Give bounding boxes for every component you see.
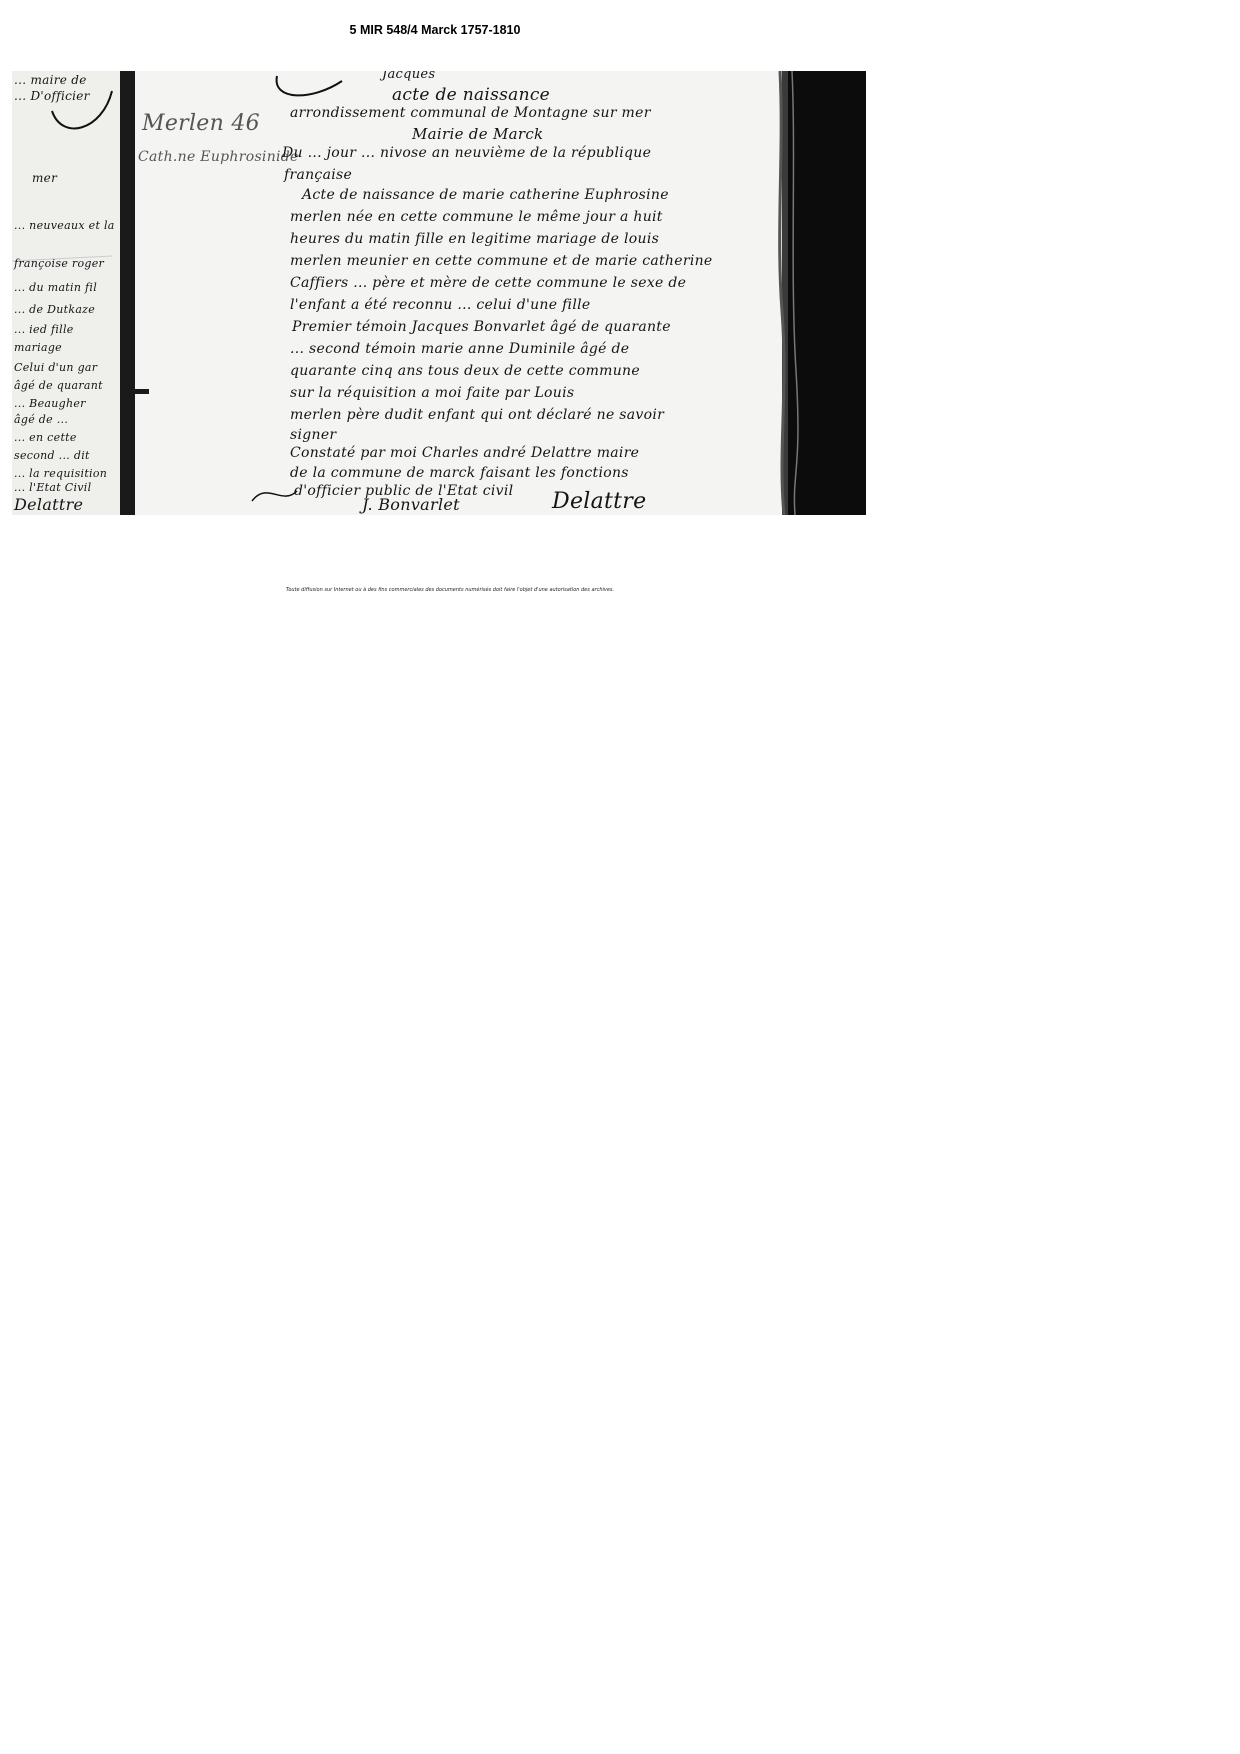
right-line: merlen père dudit enfant qui ont déclaré… [290, 407, 664, 423]
right-line: Jacques [382, 71, 435, 82]
left-line: ... en cette [14, 431, 77, 444]
left-line: ... maire de [14, 73, 87, 87]
left-line: âgé de ... [14, 413, 68, 426]
left-line: ... l'Etat Civil [14, 481, 91, 494]
right-line: Premier témoin Jacques Bonvarlet âgé de … [292, 319, 671, 335]
margin-note-firstname: Cath.ne Euphrosinide [138, 149, 299, 165]
right-line: Constaté par moi Charles andré Delattre … [290, 445, 639, 461]
left-line: ... du matin fil [14, 281, 97, 294]
left-line: ... ied fille [14, 323, 74, 336]
left-line: ... D'officier [14, 89, 90, 103]
left-line: mer [32, 171, 57, 185]
right-line: Caffiers ... père et mère de cette commu… [290, 275, 686, 291]
left-line: second ... dit [14, 449, 90, 462]
right-line: signer [290, 427, 336, 443]
right-line: heures du matin fille en legitime mariag… [290, 231, 659, 247]
document-title: 5 MIR 548/4 Marck 1757-1810 [0, 23, 870, 37]
right-line: de la commune de marck faisant les fonct… [290, 465, 629, 481]
right-line: acte de naissance [392, 85, 550, 105]
right-line: Acte de naissance de marie catherine Eup… [302, 187, 669, 203]
right-line: française [284, 167, 352, 183]
right-line: Du ... jour ... nivose an neuvième de la… [282, 145, 651, 161]
left-signature: Delattre [14, 495, 83, 514]
right-line: arrondissement communal de Montagne sur … [290, 105, 651, 121]
left-line: ... Beaugher [14, 397, 86, 410]
left-line: mariage [14, 341, 62, 354]
signature-delattre: Delattre [552, 489, 646, 514]
right-line: sur la réquisition a moi faite par Louis [290, 385, 574, 401]
left-line: ... la requisition [14, 467, 107, 480]
left-line: Celui d'un gar [14, 361, 97, 374]
right-line: l'enfant a été reconnu ... celui d'une f… [290, 297, 590, 313]
right-line: merlen née en cette commune le même jour… [290, 209, 663, 225]
left-line: ... de Dutkaze [14, 303, 95, 316]
right-line: ... second témoin marie anne Duminile âg… [290, 341, 629, 357]
left-line: âgé de quarant [14, 379, 103, 392]
left-line: françoise roger [14, 257, 104, 270]
signature-bonvarlet: J. Bonvarlet [362, 495, 460, 514]
right-line: quarante cinq ans tous deux de cette com… [290, 363, 640, 379]
right-line: merlen meunier en cette commune et de ma… [290, 253, 713, 269]
margin-note-name: Merlen 46 [142, 111, 260, 136]
copyright-notice: Toute diffusion sur Internet ou à des fi… [0, 587, 900, 593]
manuscript-scan-image: Merlen 46 Cath.ne Euphrosinide ... maire… [12, 71, 866, 515]
left-line: ... neuveaux et la [14, 219, 115, 232]
right-line: Mairie de Marck [412, 125, 543, 143]
